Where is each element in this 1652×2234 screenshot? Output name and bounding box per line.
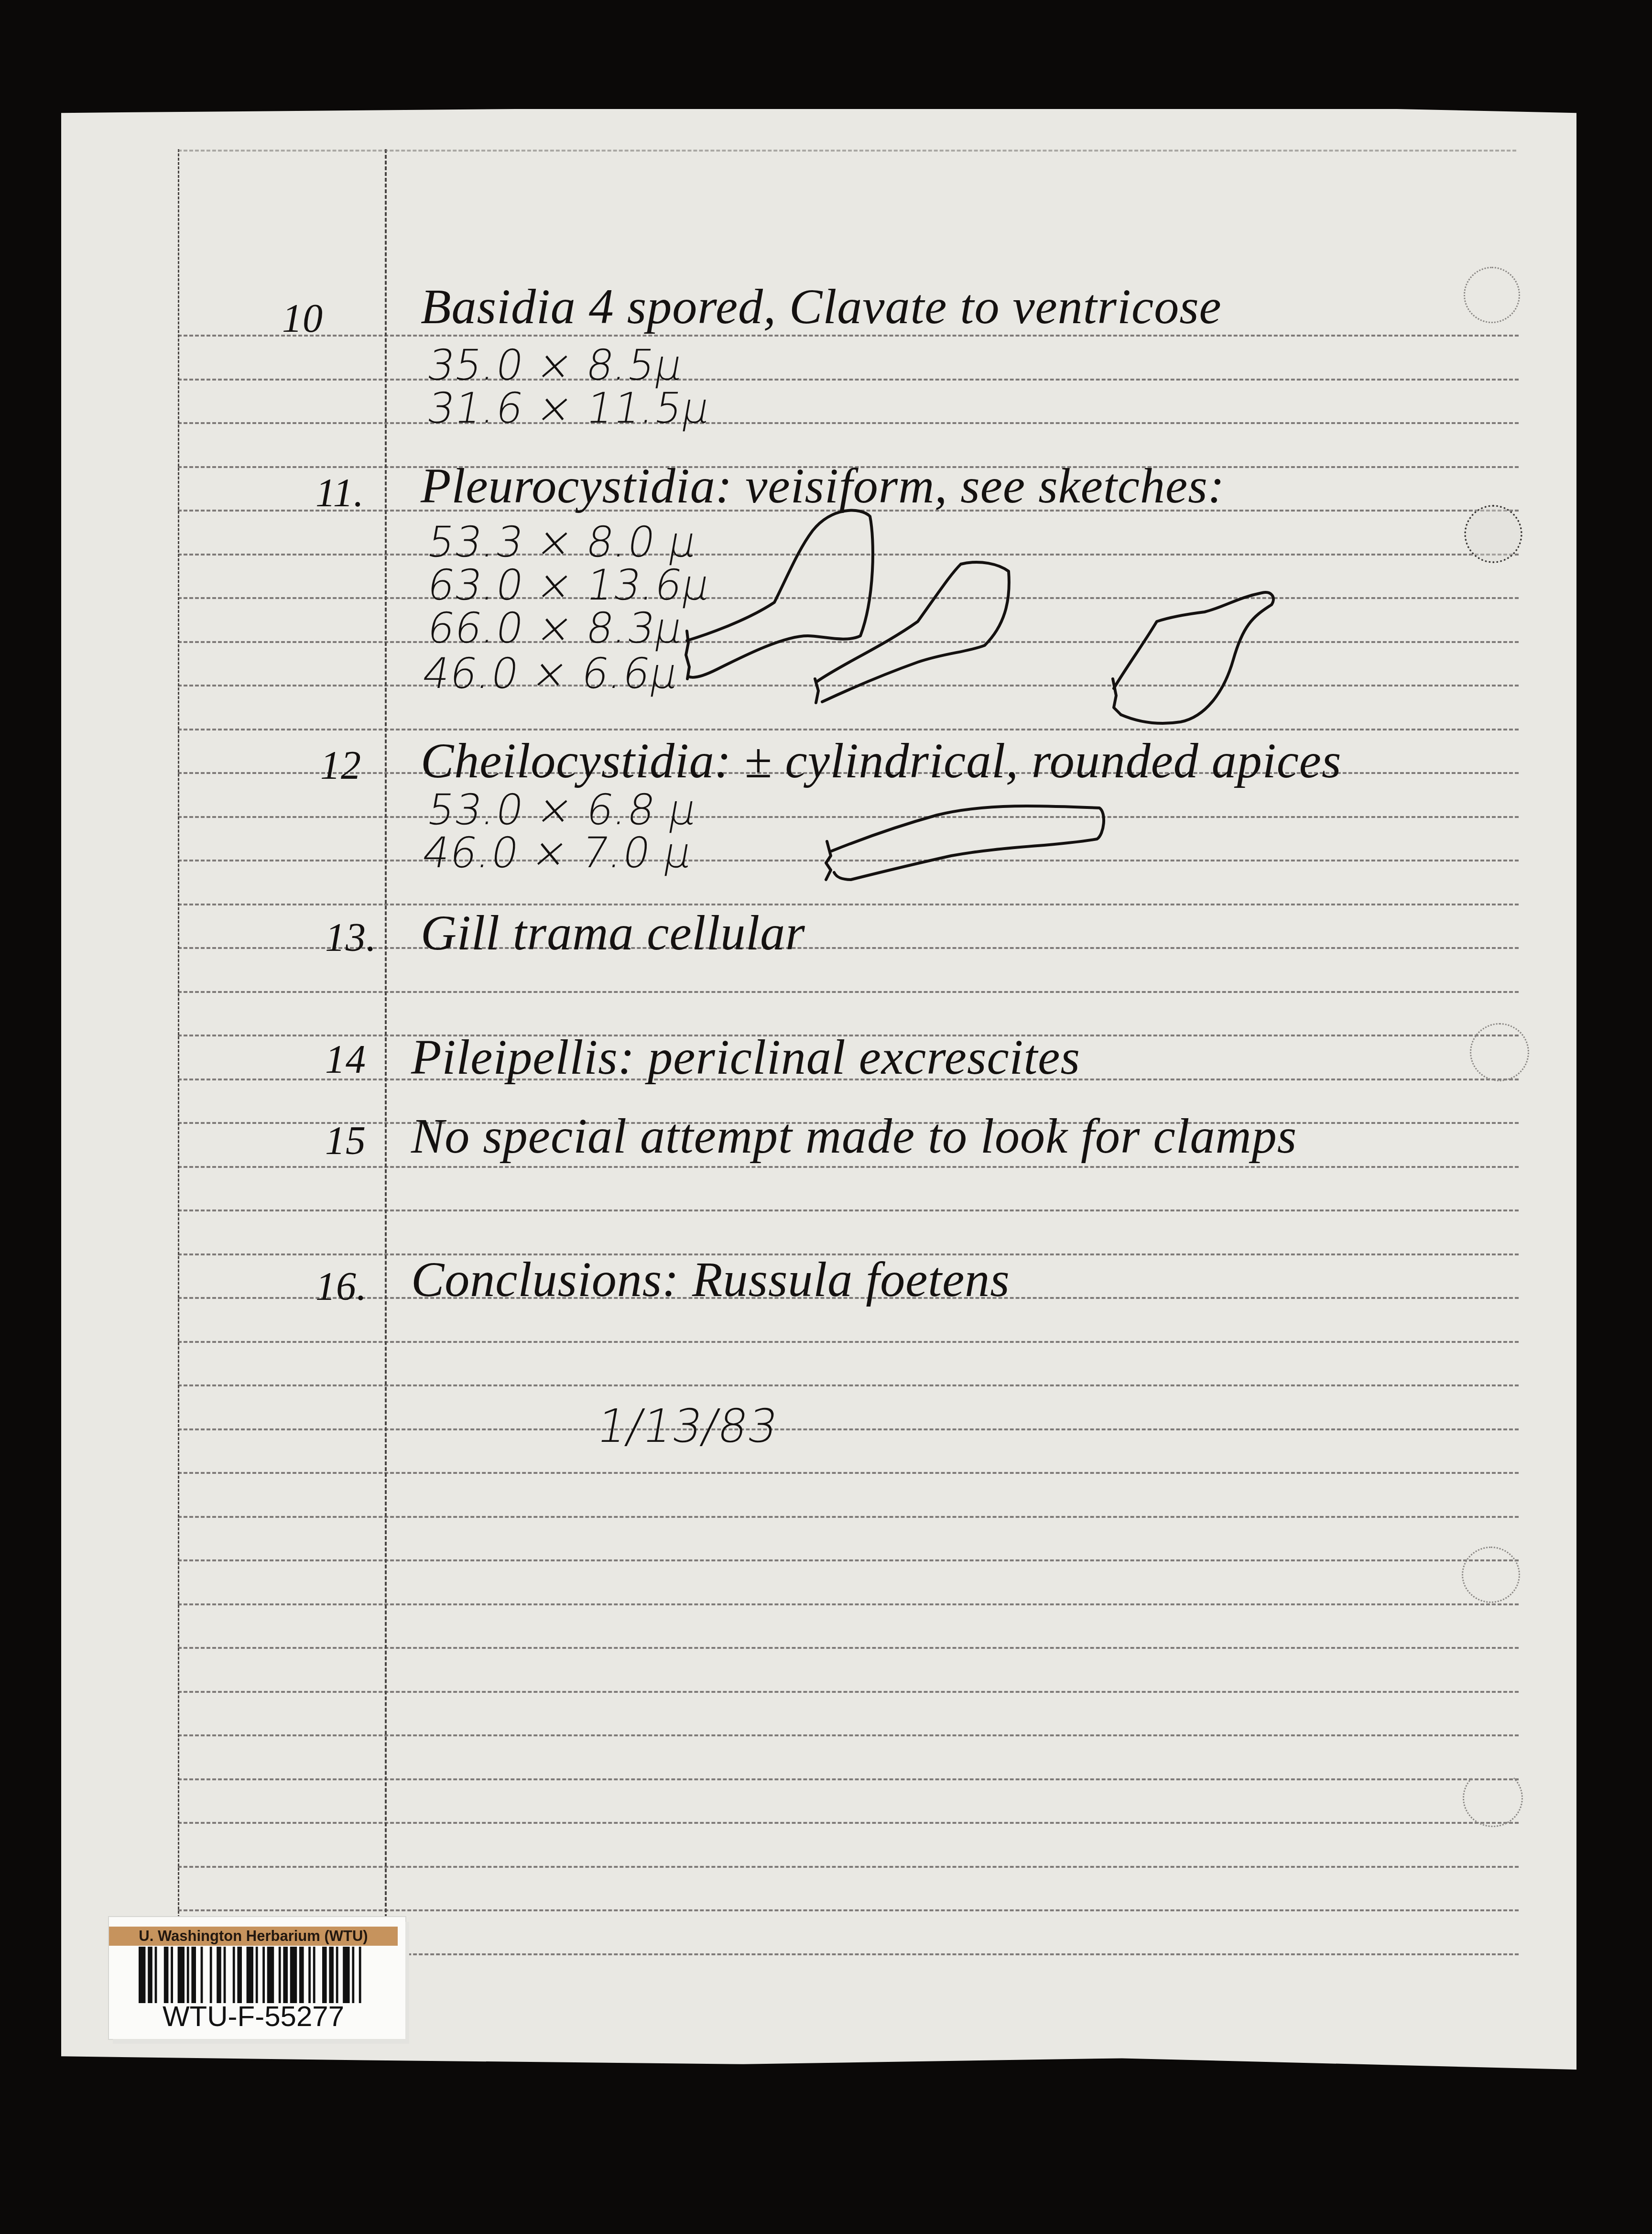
barcode bbox=[139, 1947, 368, 2003]
pleurocystidium-sketch-2 bbox=[817, 562, 1009, 702]
catalog-number: WTU-F-55277 bbox=[109, 2002, 398, 2031]
specimen-photo: 10 Basidia 4 spored, Clavate to ventrico… bbox=[0, 0, 1652, 2234]
pleurocystidium-sketch-1 bbox=[687, 511, 873, 677]
institution-band: U. Washington Herbarium (WTU) bbox=[109, 1927, 398, 1946]
pleurocystidium-sketch-3 bbox=[1114, 592, 1273, 723]
cystidia-sketches bbox=[0, 0, 1652, 2234]
herbarium-label: U. Washington Herbarium (WTU) WTU-F-5527… bbox=[109, 1917, 405, 2039]
cheilocystidium-sketch bbox=[832, 806, 1104, 880]
institution-name: U. Washington Herbarium (WTU) bbox=[109, 1927, 398, 1946]
